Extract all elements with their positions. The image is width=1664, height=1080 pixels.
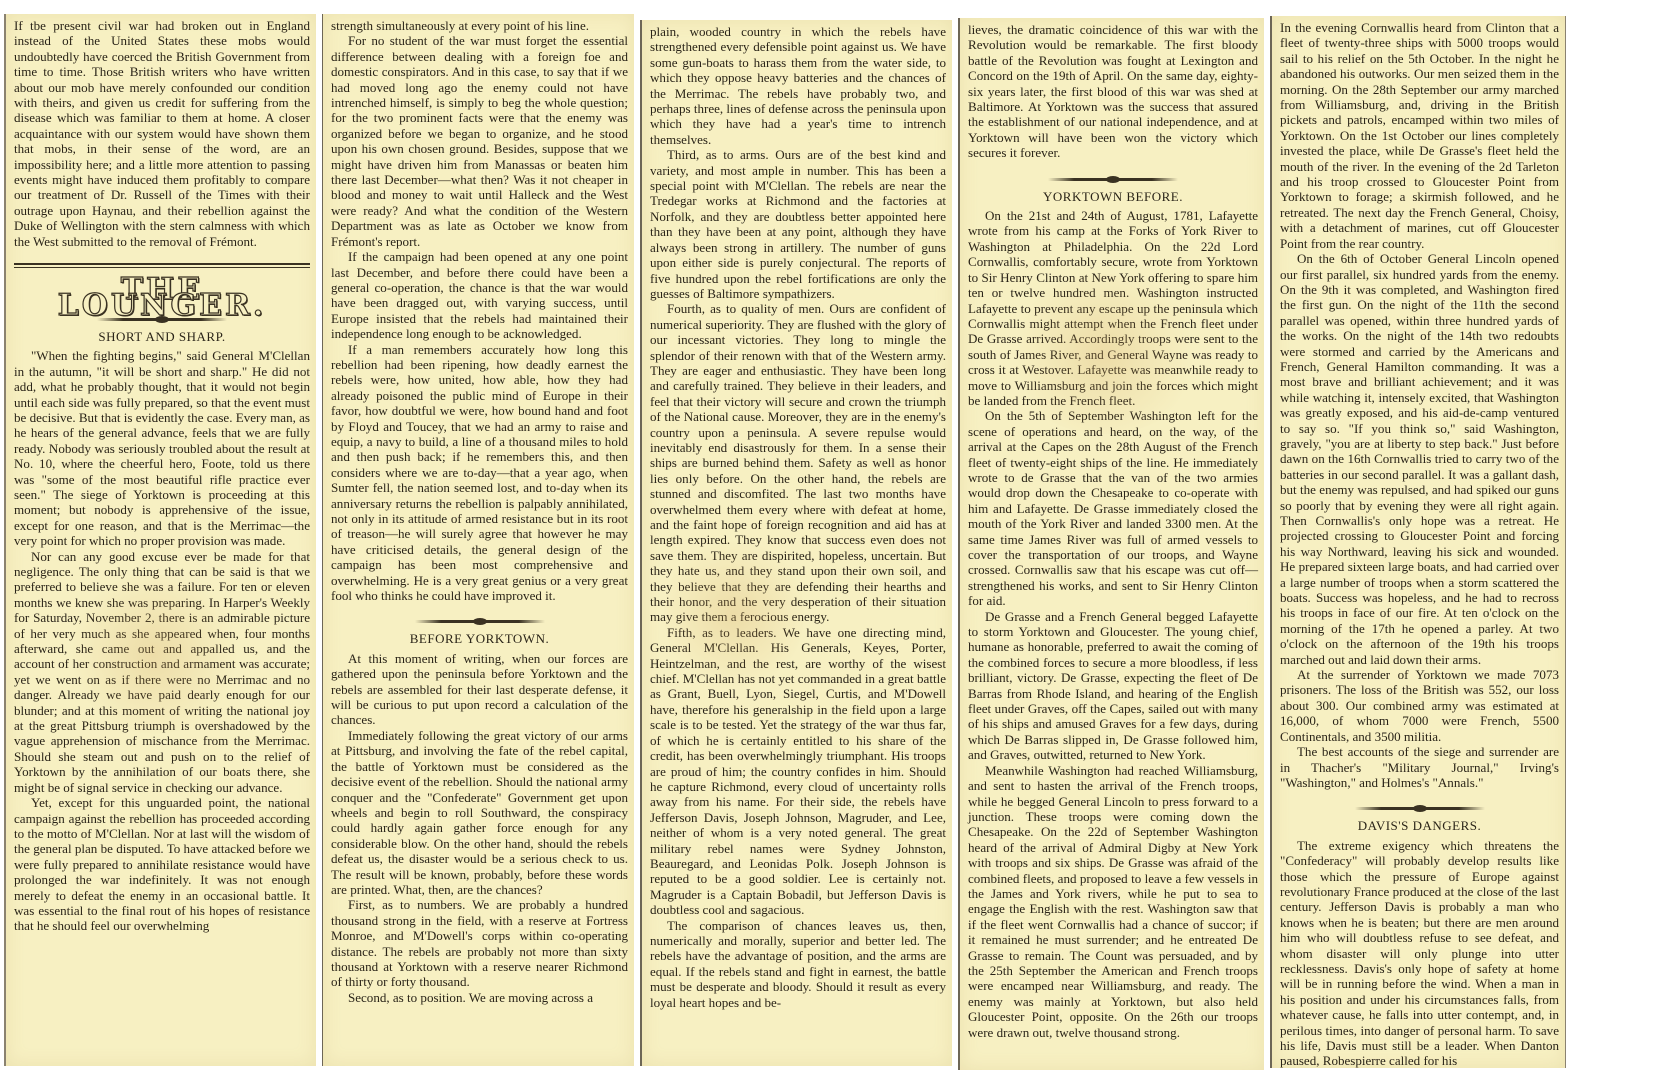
ornament-rule-icon [1355, 807, 1485, 810]
section-title-short-and-sharp: SHORT AND SHARP. [14, 329, 310, 344]
paragraph: On the 5th of September Washington left … [968, 408, 1258, 608]
paragraph: plain, wooded country in which the rebel… [650, 24, 946, 147]
paragraph: At this moment of writing, when our forc… [331, 651, 628, 728]
paragraph: On the 6th of October General Lincoln op… [1280, 251, 1559, 667]
paragraph: Fourth, as to quality of men. Ours are c… [650, 301, 946, 625]
paragraph: Third, as to arms. Ours are of the best … [650, 147, 946, 301]
paragraph: At the surrender of Yorktown we made 707… [1280, 667, 1559, 744]
column-3: plain, wooded country in which the rebel… [640, 20, 952, 1066]
paragraph: lieves, the dramatic coincidence of this… [968, 22, 1258, 161]
paragraph: If the campaign had been opened at any o… [331, 249, 628, 341]
paragraph: The comparison of chances leaves us, the… [650, 918, 946, 1010]
newspaper-page: If tbe present civil war had broken out … [4, 14, 1564, 1066]
paragraph: strength simultaneously at every point o… [331, 18, 628, 33]
lounger-masthead: THE LOUNGER. [14, 282, 310, 313]
section-title-before-yorktown: BEFORE YORKTOWN. [331, 631, 628, 646]
ornament-rule-icon [1048, 178, 1178, 181]
paragraph: For no student of the war must forget th… [331, 33, 628, 249]
column-2: strength simultaneously at every point o… [322, 14, 634, 1066]
paragraph: Second, as to position. We are moving ac… [331, 990, 628, 1005]
column-5: In the evening Cornwallis heard from Cli… [1270, 16, 1566, 1068]
ornament-rule-icon [415, 620, 545, 623]
paragraph: The extreme exigency which threatens the… [1280, 838, 1559, 1068]
paragraph: Meanwhile Washington had reached William… [968, 763, 1258, 1040]
column-4: lieves, the dramatic coincidence of this… [958, 18, 1264, 1070]
paragraph: De Grasse and a French General begged La… [968, 609, 1258, 763]
paragraph: First, as to numbers. We are probably a … [331, 897, 628, 989]
paragraph: The best accounts of the siege and surre… [1280, 744, 1559, 790]
section-divider [14, 263, 310, 268]
paragraph: If tbe present civil war had broken out … [14, 18, 310, 249]
section-title-yorktown-before: YORKTOWN BEFORE. [968, 189, 1258, 204]
paragraph: Yet, except for this unguarded point, th… [14, 795, 310, 934]
paragraph: In the evening Cornwallis heard from Cli… [1280, 20, 1559, 251]
paragraph: Nor can any good excuse ever be made for… [14, 549, 310, 796]
paragraph: Fifth, as to leaders. We have one direct… [650, 625, 946, 918]
paragraph: Immediately following the great victory … [331, 728, 628, 897]
section-title-daviss-dangers: DAVIS'S DANGERS. [1280, 818, 1559, 833]
paragraph: "When the fighting begins," said General… [14, 348, 310, 548]
column-1: If tbe present civil war had broken out … [4, 14, 316, 1066]
ornament-rule-icon [97, 318, 227, 321]
paragraph: If a man remembers accurately how long t… [331, 342, 628, 604]
paragraph: On the 21st and 24th of August, 1781, La… [968, 208, 1258, 408]
